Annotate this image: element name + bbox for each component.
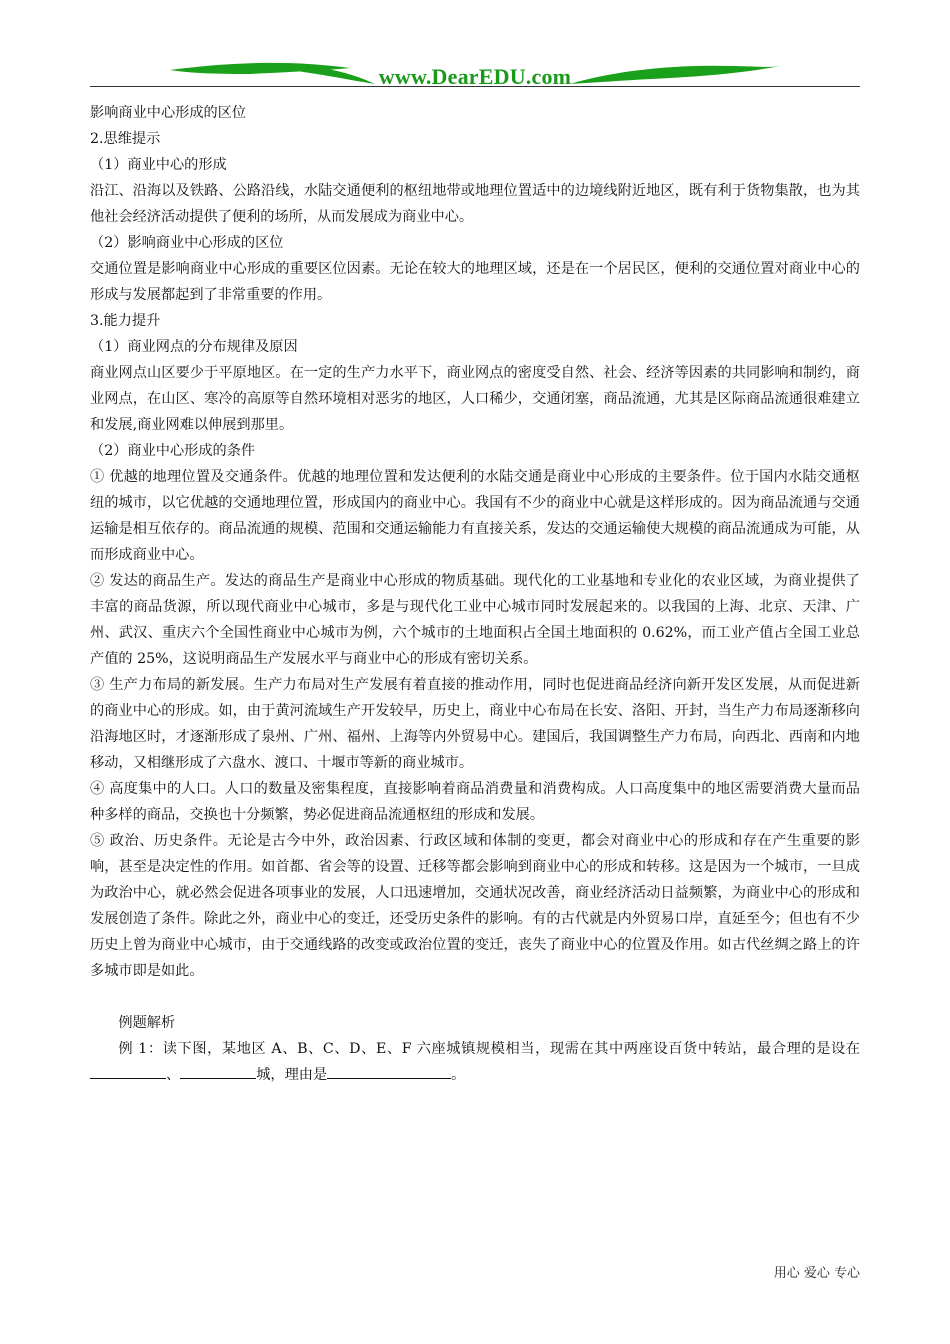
paragraph: ④ 高度集中的人口。人口的数量及密集程度，直接影响着商品消费量和消费构成。人口高… (90, 776, 860, 828)
paragraph: 交通位置是影响商业中心形成的重要区位因素。无论在较大的地理区域，还是在一个居民区… (90, 256, 860, 308)
question-end: 。 (451, 1067, 465, 1083)
subsection-heading: （1）商业中心的形成 (90, 152, 860, 178)
example-heading: 例题解析 (90, 1010, 860, 1036)
example-question: 例 1：读下图，某地区 A、B、C、D、E、F 六座城镇规模相当，现需在其中两座… (90, 1036, 860, 1088)
question-text: 例 1：读下图，某地区 A、B、C、D、E、F 六座城镇规模相当，现需在其中两座… (118, 1041, 860, 1057)
answer-blank-1[interactable] (90, 1062, 166, 1079)
question-mid: 城，理由是 (256, 1067, 327, 1083)
document-body: 影响商业中心形成的区位 2.思维提示 （1）商业中心的形成 沿江、沿海以及铁路、… (90, 100, 860, 1088)
paragraph: ⑤ 政治、历史条件。无论是古今中外，政治因素、行政区域和体制的变更，都会对商业中… (90, 828, 860, 984)
paragraph: ③ 生产力布局的新发展。生产力布局对生产发展有着直接的推动作用，同时也促进商品经… (90, 672, 860, 776)
section-heading: 影响商业中心形成的区位 (90, 100, 860, 126)
paragraph: ② 发达的商品生产。发达的商品生产是商业中心形成的物质基础。现代化的工业基地和专… (90, 568, 860, 672)
subsection-heading: （2）影响商业中心形成的区位 (90, 230, 860, 256)
separator: 、 (166, 1067, 180, 1083)
answer-blank-reason[interactable] (327, 1062, 451, 1079)
paragraph: ① 优越的地理位置及交通条件。优越的地理位置和发达便利的水陆交通是商业中心形成的… (90, 464, 860, 568)
paragraph: 商业网点山区要少于平原地区。在一定的生产力水平下，商业网点的密度受自然、社会、经… (90, 360, 860, 438)
paragraph: 沿江、沿海以及铁路、公路沿线，水陆交通便利的枢纽地带或地理位置适中的边境线附近地… (90, 178, 860, 230)
spacer (90, 984, 860, 1010)
header-divider (90, 86, 860, 87)
answer-blank-2[interactable] (180, 1062, 256, 1079)
subsection-heading: （2）商业中心形成的条件 (90, 438, 860, 464)
subsection-heading: （1）商业网点的分布规律及原因 (90, 334, 860, 360)
footer-slogan: 用心 爱心 专心 (774, 1262, 860, 1281)
section-heading: 3.能力提升 (90, 308, 860, 334)
section-heading: 2.思维提示 (90, 126, 860, 152)
